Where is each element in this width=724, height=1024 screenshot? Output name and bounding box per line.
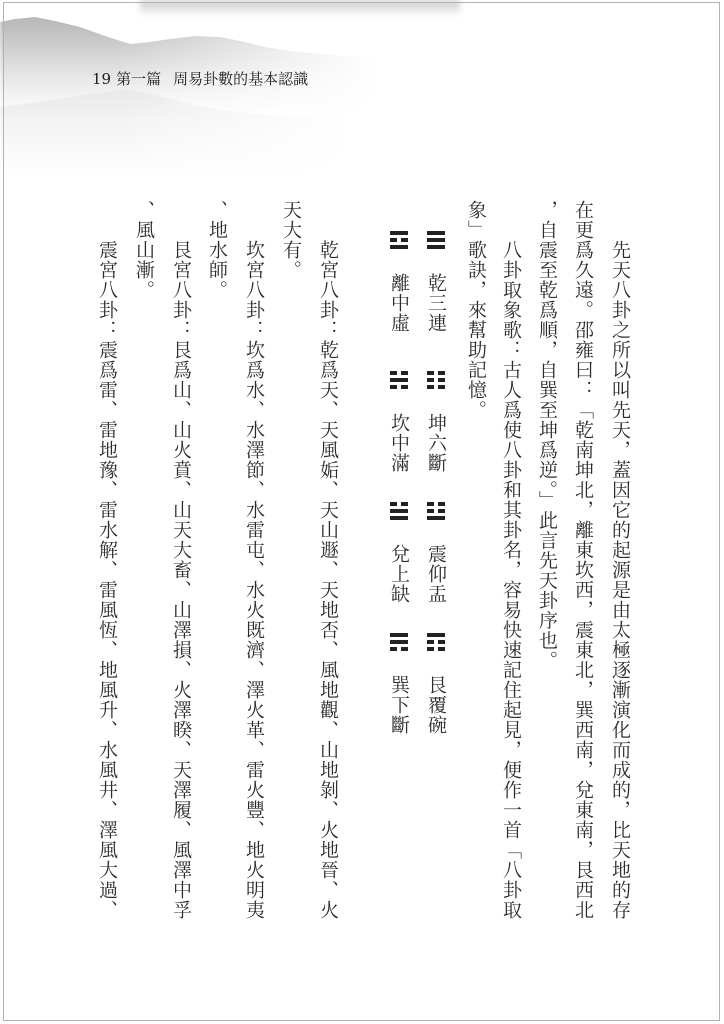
broken-line (427, 509, 445, 513)
solid-line (390, 378, 408, 382)
solid-line (427, 238, 445, 242)
zhen-trigram-icon (427, 502, 445, 520)
intro-line: 先天八卦之所以叫先天，蓋因它的起源是由太極逐漸演化而成的，比天地的存 (602, 200, 638, 920)
broken-line (427, 378, 445, 382)
running-head: 19第一篇周易卦數的基本認識 (92, 70, 308, 88)
qian-palace-line: 天大有。 (273, 200, 309, 280)
broken-line (427, 502, 445, 506)
trigram-label: 乾三連 (418, 273, 454, 333)
kun-trigram-icon (427, 371, 445, 389)
mist-decoration (140, 0, 460, 16)
kan-palace-line: 、地水師。 (199, 200, 235, 300)
trigram-entry-gen: 艮覆碗 (418, 633, 454, 753)
solid-line (427, 245, 445, 249)
gen-palace-line: 、風山漸。 (126, 200, 162, 300)
qian-palace-line: 乾宮八卦：乾爲天、天風姤、天山遯、天地否、風地觀、山地剝、火地晉、火 (310, 200, 346, 920)
book-page: 19第一篇周易卦數的基本認識 先天八卦之所以叫先天，蓋因它的起源是由太極逐漸演化… (0, 0, 724, 1024)
broken-line (390, 647, 408, 651)
trigram-label: 震仰盂 (418, 544, 454, 604)
trigram-entry-li: 離中虛 (381, 231, 417, 351)
broken-line (427, 371, 445, 375)
broken-line (390, 238, 408, 242)
broken-line (390, 385, 408, 389)
trigram-label: 坎中滿 (381, 413, 417, 473)
mountain-illustration-back (0, 0, 400, 115)
dui-trigram-icon (390, 502, 408, 520)
trigram-label: 艮覆碗 (418, 675, 454, 735)
trigram-entry-xun: 巽下斷 (381, 633, 417, 753)
intro-line: ，自震至乾爲順，自巽至坤爲逆。」此言先天卦序也。 (529, 200, 565, 671)
broken-line (427, 385, 445, 389)
trigram-label: 兌上缺 (381, 544, 417, 604)
xun-trigram-icon (390, 633, 408, 651)
kan-trigram-icon (390, 371, 408, 389)
solid-line (390, 509, 408, 513)
qian-trigram-icon (427, 231, 445, 249)
solid-line (390, 640, 408, 644)
kan-palace-line: 坎宮八卦：坎爲水、水澤節、水雷屯、水火既濟、澤火革、雷火豐、地火明夷 (236, 200, 272, 920)
trigram-entry-dui: 兌上缺 (381, 502, 417, 622)
gen-trigram-icon (427, 633, 445, 651)
chapter-label: 第一篇 (116, 70, 161, 88)
chapter-title: 周易卦數的基本認識 (173, 70, 308, 88)
trigram-entry-qian: 乾三連 (418, 231, 454, 351)
intro-line: 在更爲久遠。邵雍曰：「乾南坤北，離東坎西，震東北，巽西南，兌東南，艮西北 (565, 200, 601, 920)
solid-line (390, 231, 408, 235)
zhen-palace-line: 震宮八卦：震爲雷、雷地豫、雷水解、雷風恆、地風升、水風井、澤風大過、 (89, 200, 125, 920)
solid-line (390, 516, 408, 520)
trigram-entry-zhen: 震仰盂 (418, 502, 454, 622)
page-number: 19 (92, 70, 111, 88)
trigram-label: 離中虛 (381, 273, 417, 333)
li-trigram-icon (390, 231, 408, 249)
broken-line (390, 371, 408, 375)
trigram-entry-kan: 坎中滿 (381, 371, 417, 491)
trigram-label: 坤六斷 (418, 413, 454, 473)
solid-line (427, 231, 445, 235)
broken-line (427, 640, 445, 644)
solid-line (390, 633, 408, 637)
solid-line (427, 633, 445, 637)
solid-line (390, 245, 408, 249)
mnemonic-line: 象」歌訣，來幫助記憶。 (458, 200, 494, 420)
broken-line (390, 502, 408, 506)
broken-line (427, 647, 445, 651)
mnemonic-line: 八卦取象歌：古人爲使八卦和其卦名，容易快速記住起見，便作一首「八卦取 (493, 200, 529, 920)
trigram-label: 巽下斷 (381, 675, 417, 735)
gen-palace-line: 艮宮八卦：艮爲山、山火賁、山天大畜、山澤損、火澤睽、天澤履、風澤中孚 (163, 200, 199, 920)
trigram-entry-kun: 坤六斷 (418, 371, 454, 491)
solid-line (427, 516, 445, 520)
